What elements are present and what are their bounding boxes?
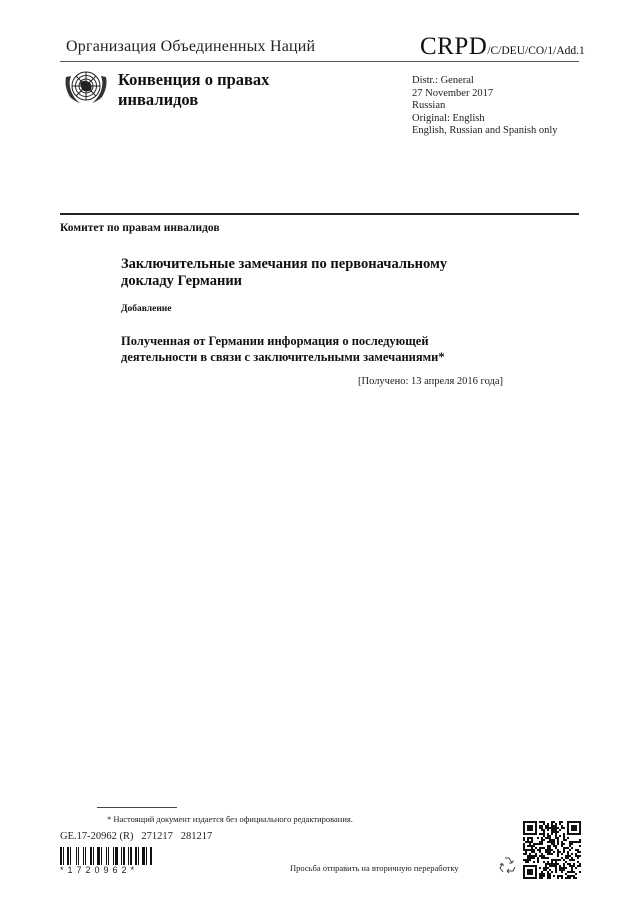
document-symbol: CRPD/C/DEU/CO/1/Add.1 xyxy=(420,33,585,61)
recycle-text: Просьба отправить на вторичную переработ… xyxy=(290,863,459,873)
distr-status: Distr.: General xyxy=(412,75,558,88)
title-line2: докладу Германии xyxy=(121,273,541,290)
un-emblem-icon xyxy=(62,67,110,105)
convention-title-line2: инвалидов xyxy=(118,90,269,110)
barcode-text: *1720962* xyxy=(60,865,138,875)
document-title: Заключительные замечания по первоначальн… xyxy=(121,256,541,290)
qr-code-icon xyxy=(523,821,581,879)
convention-title-line1: Конвенция о правах xyxy=(118,70,269,90)
document-subtitle: Полученная от Германии информация о посл… xyxy=(121,334,541,365)
distribution-block: Distr.: General 27 November 2017 Russian… xyxy=(412,75,558,138)
recycle-icon xyxy=(496,855,518,877)
distr-languages-only: English, Russian and Spanish only xyxy=(412,125,558,138)
distr-date: 27 November 2017 xyxy=(412,88,558,101)
symbol-main: CRPD xyxy=(420,33,487,60)
committee-name: Комитет по правам инвалидов xyxy=(60,222,220,234)
organization-name: Организация Объединенных Наций xyxy=(66,38,315,56)
footnote: * Настоящий документ издается без официа… xyxy=(107,814,353,824)
header-rule xyxy=(60,61,579,62)
subtitle-line1: Полученная от Германии информация о посл… xyxy=(121,334,541,350)
job-number: GE.17-20962 (R) 271217 281217 xyxy=(60,831,212,842)
received-date: [Получено: 13 апреля 2016 года] xyxy=(358,376,503,387)
distr-language: Russian xyxy=(412,100,558,113)
barcode-icon xyxy=(60,847,152,865)
title-line1: Заключительные замечания по первоначальн… xyxy=(121,256,541,273)
distr-original: Original: English xyxy=(412,113,558,126)
footnote-rule xyxy=(97,807,177,808)
symbol-suffix: /C/DEU/CO/1/Add.1 xyxy=(487,45,584,57)
section-rule xyxy=(60,213,579,215)
addendum-label: Добавление xyxy=(121,304,172,314)
convention-title: Конвенция о правах инвалидов xyxy=(118,70,269,110)
subtitle-line2: деятельности в связи с заключительными з… xyxy=(121,350,541,366)
